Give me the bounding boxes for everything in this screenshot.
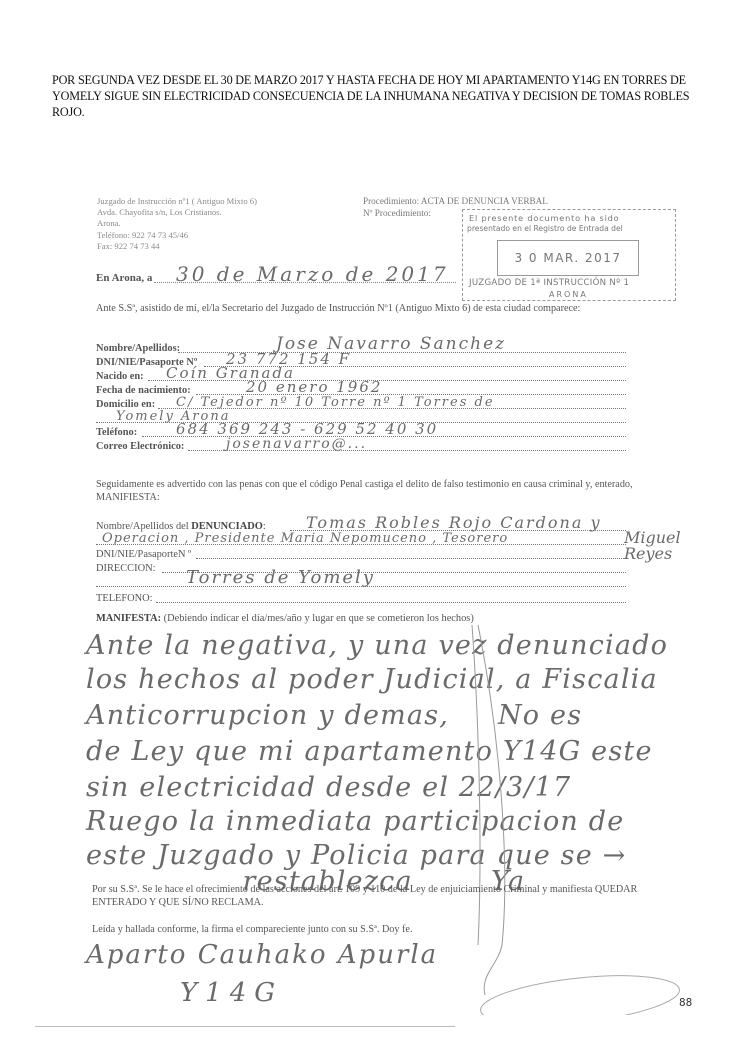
procedure-type: Procedimiento: ACTA DE DENUNCIA VERBAL <box>363 196 548 208</box>
field-birthdate: Fecha de nacimiento: 20 enero 1962 <box>96 382 626 396</box>
court-line: Juzgado de Instrucción nº1 ( Antiguo Mix… <box>97 196 257 207</box>
field-accused-phone: TELEFONO: <box>96 590 626 604</box>
offer-text: Por su S.Sª. Se le hace el ofrecimiento … <box>92 883 652 909</box>
registry-stamp: El presente documento ha sido presentado… <box>462 209 676 301</box>
intro-text: Ante S.Sª, asistido de mí, el/la Secreta… <box>96 302 656 315</box>
place-date-row: En Arona, a 30 de Marzo de 2017 <box>96 266 456 286</box>
field-name: Nombre/Apellidos: Jose Navarro Sanchez <box>96 340 626 354</box>
field-email: Correo Electrónico: josenavarro@... <box>96 438 626 452</box>
field-value: Operacion , Presidente Maria Nepomuceno … <box>102 531 508 546</box>
field-label: Nacido en: <box>96 371 144 382</box>
page-number: 88 <box>679 996 692 1009</box>
field-label: TELEFONO: <box>96 593 153 604</box>
field-value: 20 enero 1962 <box>246 378 382 396</box>
stamp-text: El presente documento ha sido <box>469 213 620 223</box>
field-label: Correo Electrónico: <box>96 441 184 452</box>
statement-label-bold: MANIFESTA: <box>96 613 161 624</box>
court-info: Juzgado de Instrucción nº1 ( Antiguo Mix… <box>97 196 257 252</box>
signature-apartment: Y14G <box>180 978 283 1008</box>
stamp-text: presentado en el Registro de Entrada del <box>467 224 623 233</box>
accused-side-note: Miguel Reyes <box>624 530 684 562</box>
court-line: Avda. Chayofita s/n, Los Cristianos. <box>97 207 257 218</box>
field-value: Tomas Robles Rojo Cardona y <box>306 513 602 532</box>
warning-text: Seguidamente es advertido con las penas … <box>96 478 656 504</box>
statement-label-rest: (Debiendo indicar el día/mes/año y lugar… <box>161 613 474 624</box>
signature-stroke <box>440 615 740 1015</box>
field-value: Torres de Yomely <box>186 567 375 588</box>
field-value: josenavarro@... <box>226 436 367 452</box>
stamp-city: ARONA <box>549 290 588 299</box>
court-line: Teléfono: 922 74 73 45/46 <box>97 230 257 241</box>
field-label: DNI/NIE/PasaporteN º <box>96 549 191 560</box>
statement-label: MANIFESTA: (Debiendo indicar el día/mes/… <box>96 613 474 624</box>
field-accused-address-cont: Torres de Yomely <box>96 574 626 588</box>
stamp-date: 3 0 MAR. 2017 <box>497 240 639 276</box>
field-accused-dni: DNI/NIE/PasaporteN º <box>96 546 626 560</box>
court-line: Fax: 922 74 73 44 <box>97 241 257 252</box>
bottom-rule <box>35 1026 455 1027</box>
place-date-label: En Arona, a <box>96 272 152 284</box>
field-accused-name-cont: Operacion , Presidente Maria Nepomuceno … <box>96 532 626 546</box>
field-label: Nombre/Apellidos: <box>96 343 180 354</box>
header-note: POR SEGUNDA VEZ DESDE EL 30 DE MARZO 201… <box>52 72 702 120</box>
field-label: DIRECCION: <box>96 563 155 574</box>
dotted-line <box>196 558 626 559</box>
place-date-value: 30 de Marzo de 2017 <box>176 262 449 286</box>
field-value: C/ Tejedor nº 10 Torre nº 1 Torres de <box>176 395 495 410</box>
field-accused-name: Nombre/Apellidos del DENUNCIADO: Tomas R… <box>96 518 626 532</box>
field-label: Teléfono: <box>96 427 137 438</box>
court-line: Arona. <box>97 218 257 229</box>
stamp-court: JUZGADO DE 1ª INSTRUCCIÓN Nº 1 <box>469 278 629 288</box>
dotted-line <box>156 602 626 603</box>
closing-text: Leída y hallada conforme, la firma el co… <box>92 923 652 936</box>
field-address: Domicilio en: C/ Tejedor nº 10 Torre nº … <box>96 396 626 410</box>
signature-name: Aparto Cauhako Apurla <box>86 940 438 970</box>
